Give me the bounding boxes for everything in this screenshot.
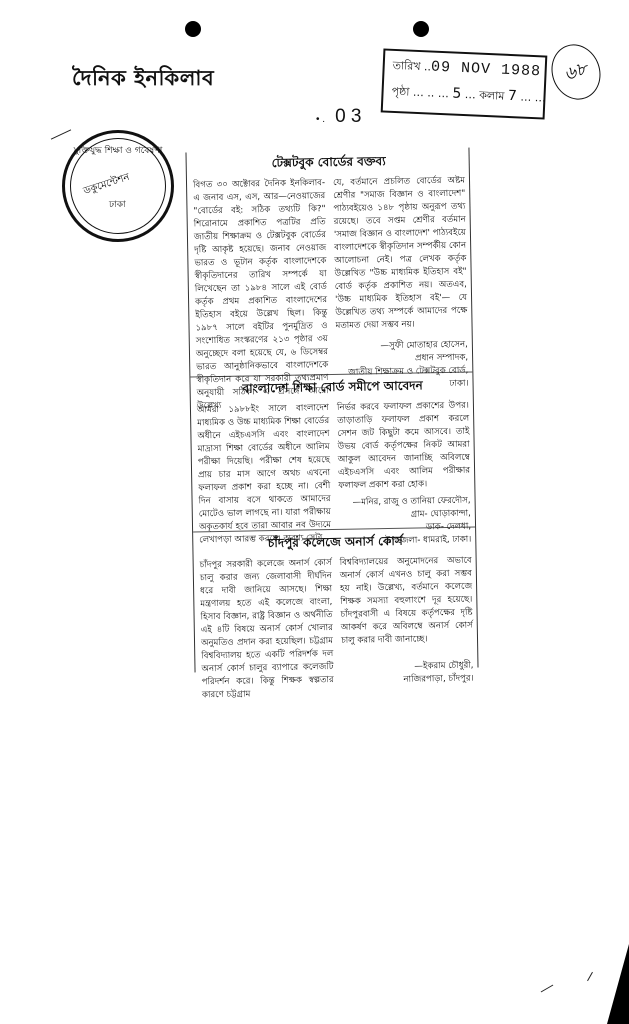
punch-hole-right	[413, 21, 429, 37]
article-textbook-board: টেক্সটবুক বোর্ডের বক্তব্য বিগত ৩০ অক্টোব…	[186, 148, 472, 378]
article-column-wrap: নির্ভর করবে ফলাফল প্রকাশের উপর। তাড়াতাড…	[337, 400, 472, 549]
archive-seal: মুক্তিযুদ্ধ শিক্ষা ও গবেষণা ডকুমেন্টেশন …	[62, 130, 174, 242]
article-chandpur-college: চাঁদপুর কলেজে অনার্স কোর্স চাঁদপুর সরকার…	[193, 528, 478, 689]
article-column: নির্ভর করবে ফলাফল প্রকাশের উপর। তাড়াতাড…	[337, 400, 471, 493]
date-label: তারিখ	[392, 59, 420, 73]
pen-mark	[51, 129, 71, 139]
page-value: 5	[452, 86, 462, 102]
newspaper-clipping: টেক্সটবুক বোর্ডের বক্তব্য বিগত ৩০ অক্টোব…	[185, 148, 478, 673]
article-headline: বাংলাদেশ শিক্ষা বোর্ড সমীপে আবেদন	[196, 377, 468, 402]
article-column: আমরা ১৯৮৮ইং সালে বাংলাদেশ মাধ্যমিক ও উচ্…	[197, 402, 332, 551]
article-column: বিশ্ববিদ্যালয়ের অনুমোদনের অভাবে অনার্স …	[340, 555, 474, 648]
article-headline: টেক্সটবুক বোর্ডের বক্তব্য	[193, 152, 465, 177]
newspaper-name: দৈনিক ইনকিলাব	[72, 62, 214, 97]
article-column: চাঁদপুর সরকারী কলেজে অনার্স কোর্স চালু ক…	[200, 557, 334, 702]
date-row: তারিখ ..09 NOV 1988	[392, 57, 541, 82]
article-education-board-appeal: বাংলাদেশ শিক্ষা বোর্ড সমীপে আবেদন আমরা ১…	[190, 373, 475, 533]
seal-ring-text: মুক্তিযুদ্ধ শিক্ষা ও গবেষণা	[65, 143, 171, 158]
article-column-wrap: বিশ্ববিদ্যালয়ের অনুমোদনের অভাবে অনার্স …	[340, 555, 474, 700]
page-number-value: 0 3	[335, 106, 361, 127]
page-number: • .0 3	[316, 106, 361, 128]
seal-center-sub: ঢাকা	[109, 197, 126, 212]
pen-mark	[541, 985, 554, 993]
handwritten-page-number: ৬৮	[544, 37, 608, 106]
article-headline: চাঁদপুর কলেজে অনার্স কোর্স	[199, 532, 471, 557]
punch-hole-left	[185, 21, 201, 37]
seal-center-text: ডকুমেন্টেশন	[82, 170, 133, 201]
date-value: 09 NOV 1988	[431, 59, 542, 81]
signature-line: নাজিরপাড়া, চাঁদপুর।	[342, 673, 474, 688]
article-column: যে, বর্তমানে প্রচলিত বোর্ডের অষ্টম শ্রেণ…	[333, 175, 468, 333]
page-column-row: পৃষ্ঠা … .. … 5 … কলাম 7 … …	[391, 83, 546, 109]
pen-mark	[587, 972, 593, 981]
column-label: কলাম	[479, 89, 505, 103]
date-stamp: তারিখ ..09 NOV 1988 পৃষ্ঠা … .. … 5 … কল…	[381, 48, 548, 119]
page-edge-shadow	[607, 944, 629, 1024]
page-label: পৃষ্ঠা	[391, 85, 409, 99]
article-signature: —ইকরাম চৌধুরী, নাজিরপাড়া, চাঁদপুর।	[341, 660, 473, 688]
